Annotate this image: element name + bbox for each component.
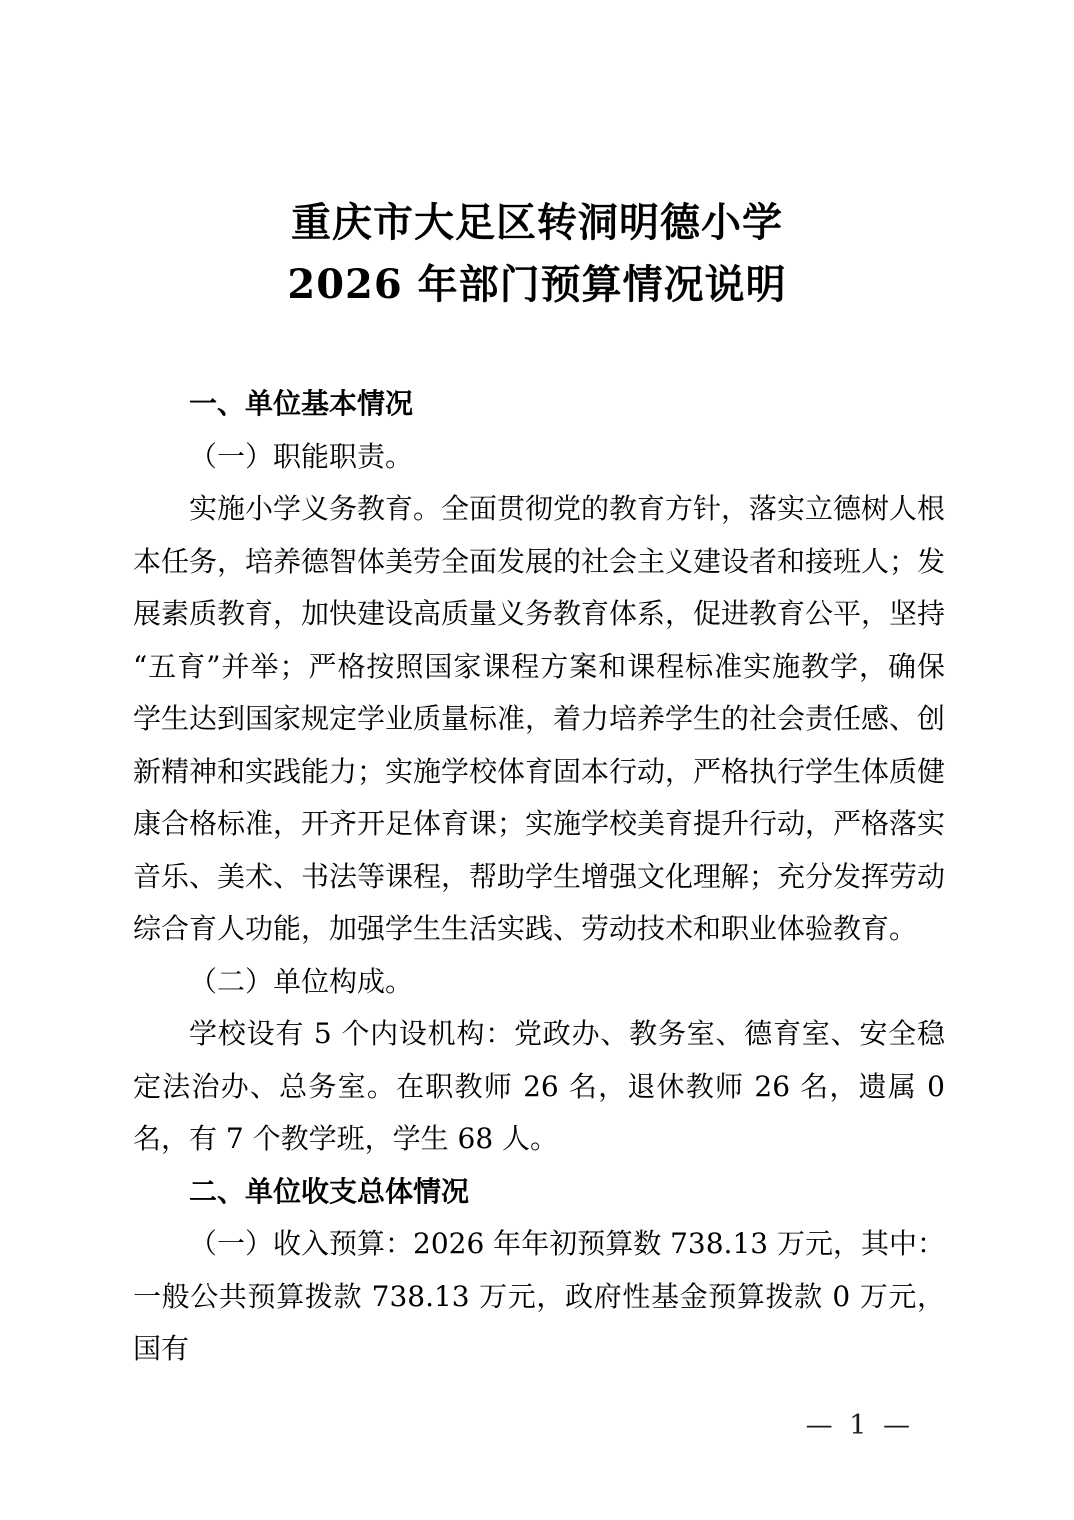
document-title-line1: 重庆市大足区转洞明德小学 [0,192,1074,254]
section-heading: 二、单位收支总体情况 [133,1166,945,1219]
document-body: 一、单位基本情况（一）职能职责。实施小学义务教育。全面贯彻党的教育方针，落实立德… [133,378,945,1376]
paragraph: 学校设有 5 个内设机构：党政办、教务室、德育室、安全稳定法治办、总务室。在职教… [133,1008,945,1166]
document-page: 重庆市大足区转洞明德小学 2026 年部门预算情况说明 一、单位基本情况（一）职… [0,0,1074,1520]
document-title: 重庆市大足区转洞明德小学 2026 年部门预算情况说明 [0,192,1074,316]
paragraph: 实施小学义务教育。全面贯彻党的教育方针，落实立德树人根本任务，培养德智体美劳全面… [133,483,945,956]
sub-section-heading: （一）职能职责。 [133,431,945,484]
page-number: — 1 — [806,1410,914,1441]
paragraph: （一）收入预算：2026 年年初预算数 738.13 万元，其中：一般公共预算拨… [133,1218,945,1376]
sub-section-heading: （二）单位构成。 [133,956,945,1009]
document-title-line2: 2026 年部门预算情况说明 [0,254,1074,316]
section-heading: 一、单位基本情况 [133,378,945,431]
